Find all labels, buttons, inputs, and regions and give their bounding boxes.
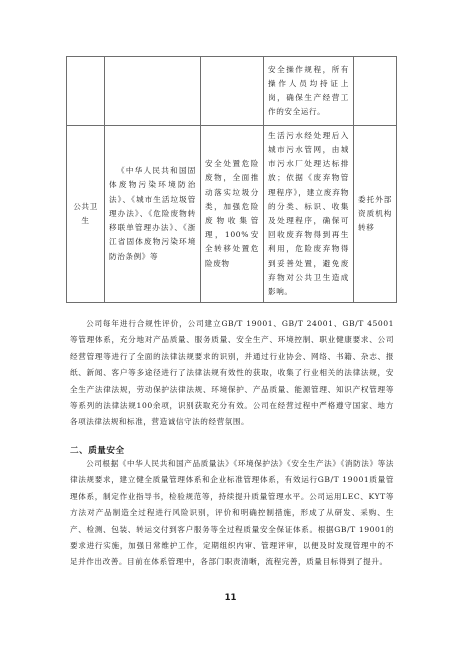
measures-cell: 安全操作规程，所有操作人员均持证上岗，确保生产经营工作的安全运行。: [264, 57, 354, 126]
measures-cell: 生活污水经处理后入城市污水管网，由城市污水厂处理达标排放；依据《废弃物管理程序》…: [264, 126, 354, 303]
objectives-cell: 安全处置危险废物，全面推动落实垃圾分类，加强危险废物收集管理，100%安全转移处…: [201, 126, 264, 303]
page-number: 11: [0, 593, 461, 603]
compliance-paragraph: 公司每年进行合规性评价，公司建立GB/T 19001、GB/T 24001、GB…: [70, 316, 394, 431]
notes-cell: [354, 57, 397, 126]
regulation-table: 安全操作规程，所有操作人员均持证上岗，确保生产经营工作的安全运行。 公共卫生 《…: [66, 56, 397, 303]
quality-paragraph: 公司根据《中华人民共和国产品质量法》《环境保护法》《安全生产法》《消防法》等法律…: [70, 456, 394, 571]
laws-cell: 《中华人民共和国固体废物污染环境防治法》、《城市生活垃圾管理办法》、《危险废物转…: [105, 126, 201, 303]
table-row: 安全操作规程，所有操作人员均持证上岗，确保生产经营工作的安全运行。: [67, 57, 397, 126]
laws-cell: [105, 57, 201, 126]
section-heading: 二、质量安全: [70, 444, 125, 456]
notes-cell: 委托外部资质机构转移: [354, 126, 397, 303]
category-cell: [67, 57, 105, 126]
document-page: 安全操作规程，所有操作人员均持证上岗，确保生产经营工作的安全运行。 公共卫生 《…: [0, 0, 461, 650]
table-row: 公共卫生 《中华人民共和国固体废物污染环境防治法》、《城市生活垃圾管理办法》、《…: [67, 126, 397, 303]
objectives-cell: [201, 57, 264, 126]
category-cell: 公共卫生: [67, 126, 105, 303]
